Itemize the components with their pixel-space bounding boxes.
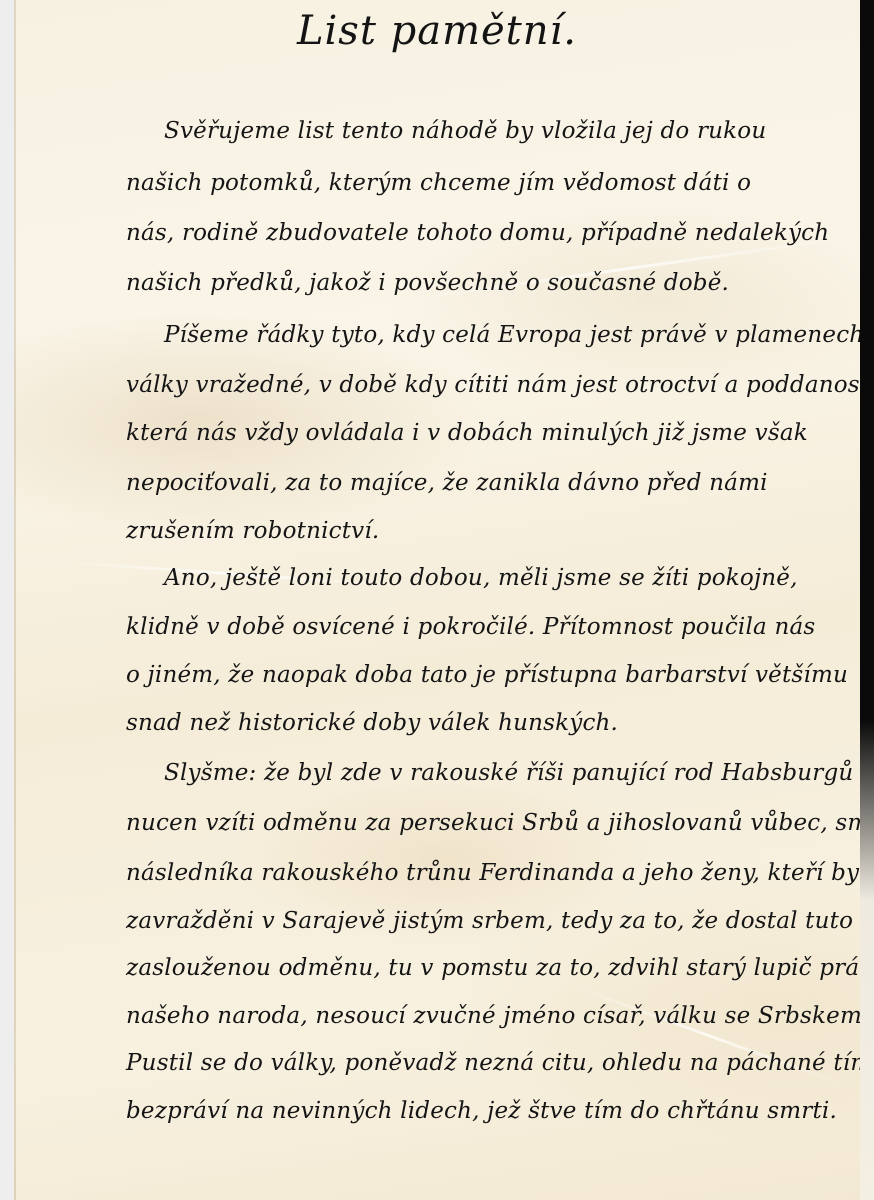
- text-line: Svěřujeme list tento náhodě by vložila j…: [164, 118, 766, 144]
- text-line: nucen vzíti odměnu za persekuci Srbů a j…: [126, 810, 874, 836]
- text-line: nepociťovali, za to majíce, že zanikla d…: [126, 470, 768, 496]
- text-line: nás, rodině zbudovatele tohoto domu, pří…: [126, 220, 829, 246]
- text-line: našich předků, jakož i povšechně o souča…: [126, 270, 729, 296]
- text-line: Ano, ještě loni touto dobou, měli jsme s…: [164, 565, 798, 591]
- document-title: List pamětní.: [14, 8, 860, 54]
- text-line: následníka rakouského trůnu Ferdinanda a…: [126, 860, 874, 886]
- text-line: snad než historické doby válek hunských.: [126, 710, 618, 736]
- text-line: Píšeme řádky tyto, kdy celá Evropa jest …: [164, 322, 864, 348]
- text-line: o jiném, že naopak doba tato je přístupn…: [126, 662, 848, 688]
- scan-right-edge: [860, 0, 874, 1200]
- text-line: našeho naroda, nesoucí zvučné jméno císa…: [126, 1003, 869, 1029]
- text-line: války vražedné, v době kdy cítiti nám je…: [126, 372, 874, 398]
- text-line: Slyšme: že byl zde v rakouské říši panuj…: [164, 760, 853, 786]
- text-line: bezpráví na nevinných lidech, jež štve t…: [126, 1098, 837, 1124]
- text-line: Pustil se do války, poněvadž nezná citu,…: [126, 1050, 872, 1076]
- text-line: zaslouženou odměnu, tu v pomstu za to, z…: [126, 955, 872, 981]
- text-line: klidně v době osvícené i pokročilé. Přít…: [126, 614, 815, 640]
- scan-left-margin: [0, 0, 14, 1200]
- text-line: zrušením robotnictví.: [126, 518, 379, 544]
- text-line: našich potomků, kterým chceme jím vědomo…: [126, 170, 751, 196]
- text-line: která nás vždy ovládala i v dobách minul…: [126, 420, 808, 446]
- scanned-page: List pamětní. Svěřujeme list tento náhod…: [0, 0, 874, 1200]
- text-line: zavražděni v Sarajevě jistým srbem, tedy…: [126, 908, 853, 934]
- paper-sheet: List pamětní. Svěřujeme list tento náhod…: [14, 0, 860, 1200]
